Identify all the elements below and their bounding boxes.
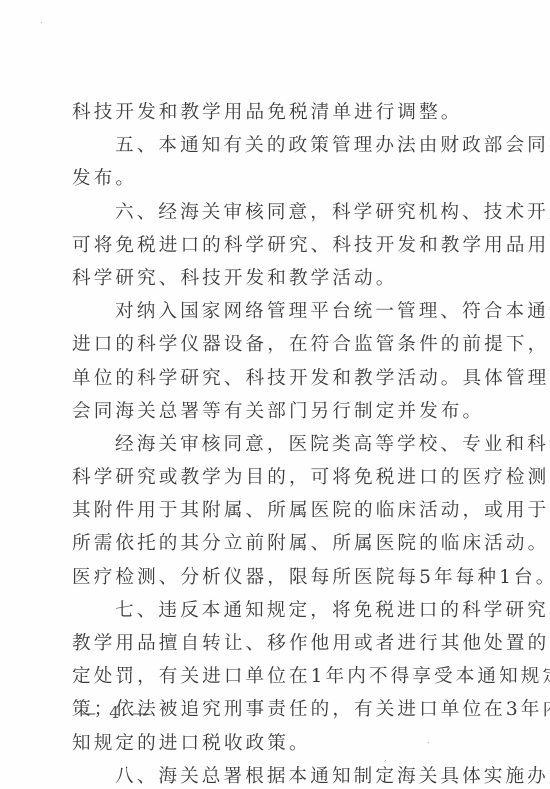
text-line-section-6: 六、经海关审核同意，科学研究机构、技术开发机构、学校: [72, 196, 486, 229]
text-line-paragraph-start: 经海关审核同意，医院类高等学校、专业和科学研究机构以: [72, 428, 486, 461]
page-number: — 4 —: [80, 703, 152, 722]
scan-speck: [41, 22, 42, 23]
text-line: 教学用品擅自转让、移作他用或者进行其他处置的，按照有关规: [72, 627, 486, 660]
scan-speck: [385, 760, 386, 761]
text-line: 进口的科学仪器设备，在符合监管条件的前提下，准予用于其他: [72, 328, 486, 361]
text-line: 其附件用于其附属、所属医院的临床活动，或用于开展临床实验: [72, 494, 486, 527]
text-line: 定处罚，有关进口单位在1年内不得享受本通知规定的进口税收政: [72, 660, 486, 693]
text-line-section-8: 八、海关总署根据本通知制定海关具体实施办法。: [72, 760, 486, 789]
text-line-section-5: 五、本通知有关的政策管理办法由财政部会同有关部门另行: [72, 129, 486, 162]
text-line: 科技开发和教学用品免税清单进行调整。: [72, 96, 486, 129]
text-line-paragraph-start: 对纳入国家网络管理平台统一管理、符合本通知规定的免税: [72, 295, 486, 328]
text-line-section-7: 七、违反本通知规定，将免税进口的科学研究、科技开发和: [72, 594, 486, 627]
document-body: 科技开发和教学用品免税清单进行调整。 五、本通知有关的政策管理办法由财政部会同有…: [72, 96, 486, 789]
text-line: 科学研究或教学为目的，可将免税进口的医疗检测、分析仪器及: [72, 461, 486, 494]
text-line: 所需依托的其分立前附属、所属医院的临床活动。其中，大中型: [72, 527, 486, 560]
document-page: 科技开发和教学用品免税清单进行调整。 五、本通知有关的政策管理办法由财政部会同有…: [0, 0, 550, 789]
scan-speck: [428, 742, 429, 743]
text-line: 可将免税进口的科学研究、科技开发和教学用品用于其他单位的: [72, 229, 486, 262]
text-line: 医疗检测、分析仪器，限每所医院每5年每种1台。: [72, 561, 486, 594]
text-line: 发布。: [72, 162, 486, 195]
text-line: 会同海关总署等有关部门另行制定并发布。: [72, 395, 486, 428]
text-line: 单位的科学研究、科技开发和教学活动。具体管理办法由科技部: [72, 362, 486, 395]
text-line: 科学研究、科技开发和教学活动。: [72, 262, 486, 295]
text-line: 知规定的进口税收政策。: [72, 727, 486, 760]
